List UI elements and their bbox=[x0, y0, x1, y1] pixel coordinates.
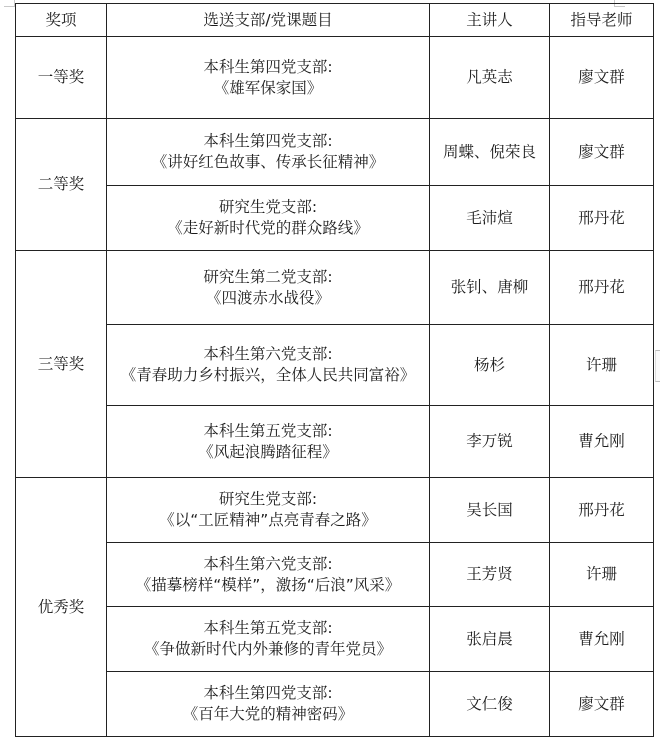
branch-name: 研究生党支部: bbox=[109, 489, 427, 510]
speaker-cell: 毛沛煊 bbox=[430, 186, 550, 251]
branch-name: 研究生第二党支部: bbox=[109, 267, 427, 288]
topic-cell: 本科生第六党支部: 《青春助力乡村振兴，全体人民共同富裕》 bbox=[107, 325, 430, 406]
lecture-title: 《以“工匠精神”点亮青春之路》 bbox=[109, 510, 427, 531]
topic-cell: 本科生第四党支部: 《讲好红色故事、传承长征精神》 bbox=[107, 119, 430, 186]
speaker-cell: 杨杉 bbox=[430, 325, 550, 406]
advisor-cell: 邢丹花 bbox=[550, 251, 654, 325]
lecture-title: 《四渡赤水战役》 bbox=[109, 288, 427, 309]
table-row: 本科生第四党支部: 《百年大党的精神密码》 文仁俊 廖文群 bbox=[16, 672, 654, 737]
table-row: 本科生第六党支部: 《描摹榜样“模样”，激扬“后浪”风采》 王芳贤 许珊 bbox=[16, 543, 654, 607]
topic-cell: 本科生第五党支部: 《风起浪腾踏征程》 bbox=[107, 406, 430, 478]
speaker-cell: 周蝶、倪荣良 bbox=[430, 119, 550, 186]
advisor-cell: 邢丹花 bbox=[550, 186, 654, 251]
award-cell: 优秀奖 bbox=[16, 478, 107, 737]
speaker-cell: 张钊、唐柳 bbox=[430, 251, 550, 325]
topic-cell: 本科生第六党支部: 《描摹榜样“模样”，激扬“后浪”风采》 bbox=[107, 543, 430, 607]
lecture-title: 《青春助力乡村振兴，全体人民共同富裕》 bbox=[109, 365, 427, 386]
topic-cell: 研究生第二党支部: 《四渡赤水战役》 bbox=[107, 251, 430, 325]
speaker-cell: 王芳贤 bbox=[430, 543, 550, 607]
header-row: 奖项 选送支部/党课题目 主讲人 指导老师 bbox=[16, 4, 654, 37]
topic-cell: 研究生党支部: 《走好新时代党的群众路线》 bbox=[107, 186, 430, 251]
header-advisor: 指导老师 bbox=[550, 4, 654, 37]
speaker-cell: 凡英志 bbox=[430, 37, 550, 119]
award-cell: 三等奖 bbox=[16, 251, 107, 478]
branch-name: 研究生党支部: bbox=[109, 197, 427, 218]
speaker-cell: 李万锐 bbox=[430, 406, 550, 478]
branch-name: 本科生第四党支部: bbox=[109, 57, 427, 78]
lecture-title: 《风起浪腾踏征程》 bbox=[109, 442, 427, 463]
lecture-title: 《描摹榜样“模样”，激扬“后浪”风采》 bbox=[109, 575, 427, 596]
advisor-cell: 邢丹花 bbox=[550, 478, 654, 543]
advisor-cell: 廖文群 bbox=[550, 37, 654, 119]
table-row: 本科生第六党支部: 《青春助力乡村振兴，全体人民共同富裕》 杨杉 许珊 bbox=[16, 325, 654, 406]
topic-cell: 本科生第四党支部: 《雄军保家国》 bbox=[107, 37, 430, 119]
advisor-cell: 曹允刚 bbox=[550, 607, 654, 672]
branch-name: 本科生第四党支部: bbox=[109, 683, 427, 704]
speaker-cell: 文仁俊 bbox=[430, 672, 550, 737]
branch-name: 本科生第四党支部: bbox=[109, 131, 427, 152]
table-row: 优秀奖 研究生党支部: 《以“工匠精神”点亮青春之路》 吴长国 邢丹花 bbox=[16, 478, 654, 543]
topic-cell: 本科生第五党支部: 《争做新时代内外兼修的青年党员》 bbox=[107, 607, 430, 672]
table-row: 本科生第五党支部: 《争做新时代内外兼修的青年党员》 张启晨 曹允刚 bbox=[16, 607, 654, 672]
branch-name: 本科生第六党支部: bbox=[109, 554, 427, 575]
lecture-title: 《雄军保家国》 bbox=[109, 78, 427, 99]
lecture-title: 《百年大党的精神密码》 bbox=[109, 704, 427, 725]
speaker-cell: 吴长国 bbox=[430, 478, 550, 543]
table-row: 本科生第五党支部: 《风起浪腾踏征程》 李万锐 曹允刚 bbox=[16, 406, 654, 478]
advisor-cell: 许珊 bbox=[550, 325, 654, 406]
award-cell: 二等奖 bbox=[16, 119, 107, 251]
table-row: 三等奖 研究生第二党支部: 《四渡赤水战役》 张钊、唐柳 邢丹花 bbox=[16, 251, 654, 325]
table-row: 研究生党支部: 《走好新时代党的群众路线》 毛沛煊 邢丹花 bbox=[16, 186, 654, 251]
branch-name: 本科生第五党支部: bbox=[109, 618, 427, 639]
lecture-title: 《讲好红色故事、传承长征精神》 bbox=[109, 152, 427, 173]
advisor-cell: 廖文群 bbox=[550, 672, 654, 737]
awards-table: 奖项 选送支部/党课题目 主讲人 指导老师 一等奖 本科生第四党支部: 《雄军保… bbox=[15, 3, 654, 737]
header-topic: 选送支部/党课题目 bbox=[107, 4, 430, 37]
branch-name: 本科生第六党支部: bbox=[109, 344, 427, 365]
header-speaker: 主讲人 bbox=[430, 4, 550, 37]
table-row: 二等奖 本科生第四党支部: 《讲好红色故事、传承长征精神》 周蝶、倪荣良 廖文群 bbox=[16, 119, 654, 186]
award-cell: 一等奖 bbox=[16, 37, 107, 119]
lecture-title: 《争做新时代内外兼修的青年党员》 bbox=[109, 639, 427, 660]
advisor-cell: 廖文群 bbox=[550, 119, 654, 186]
advisor-cell: 曹允刚 bbox=[550, 406, 654, 478]
topic-cell: 研究生党支部: 《以“工匠精神”点亮青春之路》 bbox=[107, 478, 430, 543]
page-corner-mark-top-left bbox=[4, 0, 15, 7]
speaker-cell: 张启晨 bbox=[430, 607, 550, 672]
topic-cell: 本科生第四党支部: 《百年大党的精神密码》 bbox=[107, 672, 430, 737]
advisor-cell: 许珊 bbox=[550, 543, 654, 607]
table-row: 一等奖 本科生第四党支部: 《雄军保家国》 凡英志 廖文群 bbox=[16, 37, 654, 119]
header-award: 奖项 bbox=[16, 4, 107, 37]
side-scroll-tab bbox=[655, 350, 660, 382]
lecture-title: 《走好新时代党的群众路线》 bbox=[109, 218, 427, 239]
branch-name: 本科生第五党支部: bbox=[109, 421, 427, 442]
